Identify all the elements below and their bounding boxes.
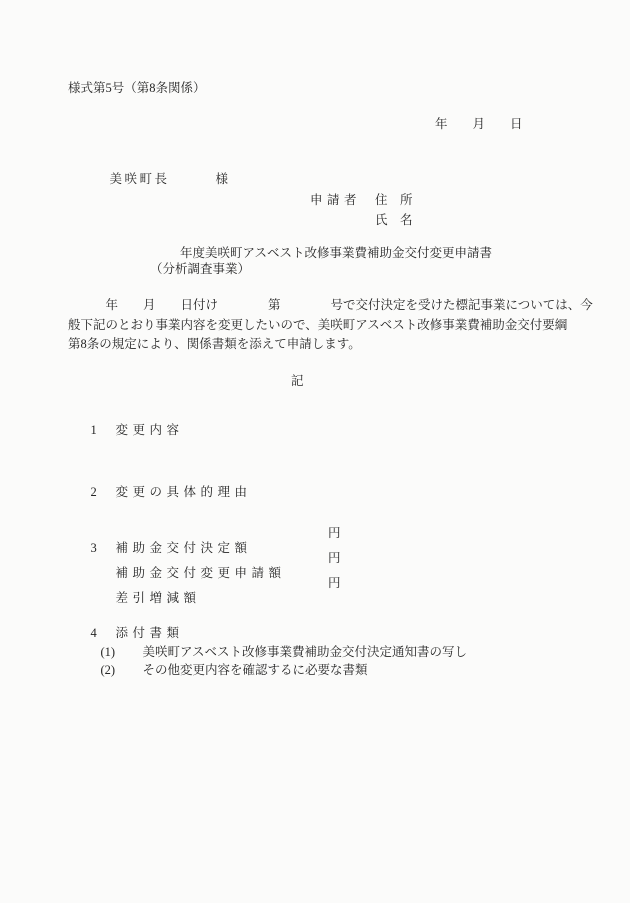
record-marker: 記	[291, 374, 304, 389]
item-number: 1	[91, 423, 116, 438]
body-line-1: 年 月 日付け 第 号で交付決定を受けた標記事業については、今	[68, 296, 588, 316]
yen-unit: 円	[328, 551, 341, 566]
item-label: 変更の具体的理由	[116, 485, 252, 499]
applicant-label: 申請者	[310, 193, 361, 208]
yen-unit: 円	[328, 526, 341, 541]
form-number: 様式第5号（第8条関係）	[68, 81, 206, 96]
document-page: 様式第5号（第8条関係） 年 月 日 美咲町長様 申請者 住 所 氏 名 年度美…	[0, 0, 630, 903]
item-number: 2	[91, 485, 116, 500]
applicant-address-label: 住 所	[375, 193, 413, 208]
addressee-line: 美咲町長様	[97, 157, 228, 202]
body-line-2: 般下記のとおり事業内容を変更したいので、美咲町アスベスト改修事業費補助金交付要綱	[68, 316, 588, 336]
addressee-name: 美咲町長	[110, 172, 170, 186]
attachment-text: その他変更内容を確認するに必要な書類	[143, 663, 368, 677]
applicant-name-label: 氏 名	[375, 213, 413, 228]
addressee-honorific: 様	[216, 172, 229, 186]
item-label: 差引増減額	[116, 591, 201, 605]
attachment-number: (2)	[101, 663, 143, 678]
document-title-line2: （分析調査事業）	[150, 262, 250, 277]
attachment-2: (2)その他変更内容を確認するに必要な書類	[88, 648, 368, 693]
item-change-reason: 2変更の具体的理由	[78, 470, 252, 515]
yen-unit: 円	[328, 576, 341, 591]
date-line: 年 月 日	[435, 117, 523, 132]
body-paragraph: 年 月 日付け 第 号で交付決定を受けた標記事業については、今 般下記のとおり事…	[68, 296, 588, 355]
item-label: 変更内容	[116, 423, 184, 437]
item-change-details: 1変更内容	[78, 408, 184, 453]
body-line-3: 第8条の規定により、関係書類を添えて申請します。	[68, 335, 588, 355]
document-title-line1: 年度美咲町アスベスト改修事業費補助金交付変更申請書	[180, 246, 492, 261]
